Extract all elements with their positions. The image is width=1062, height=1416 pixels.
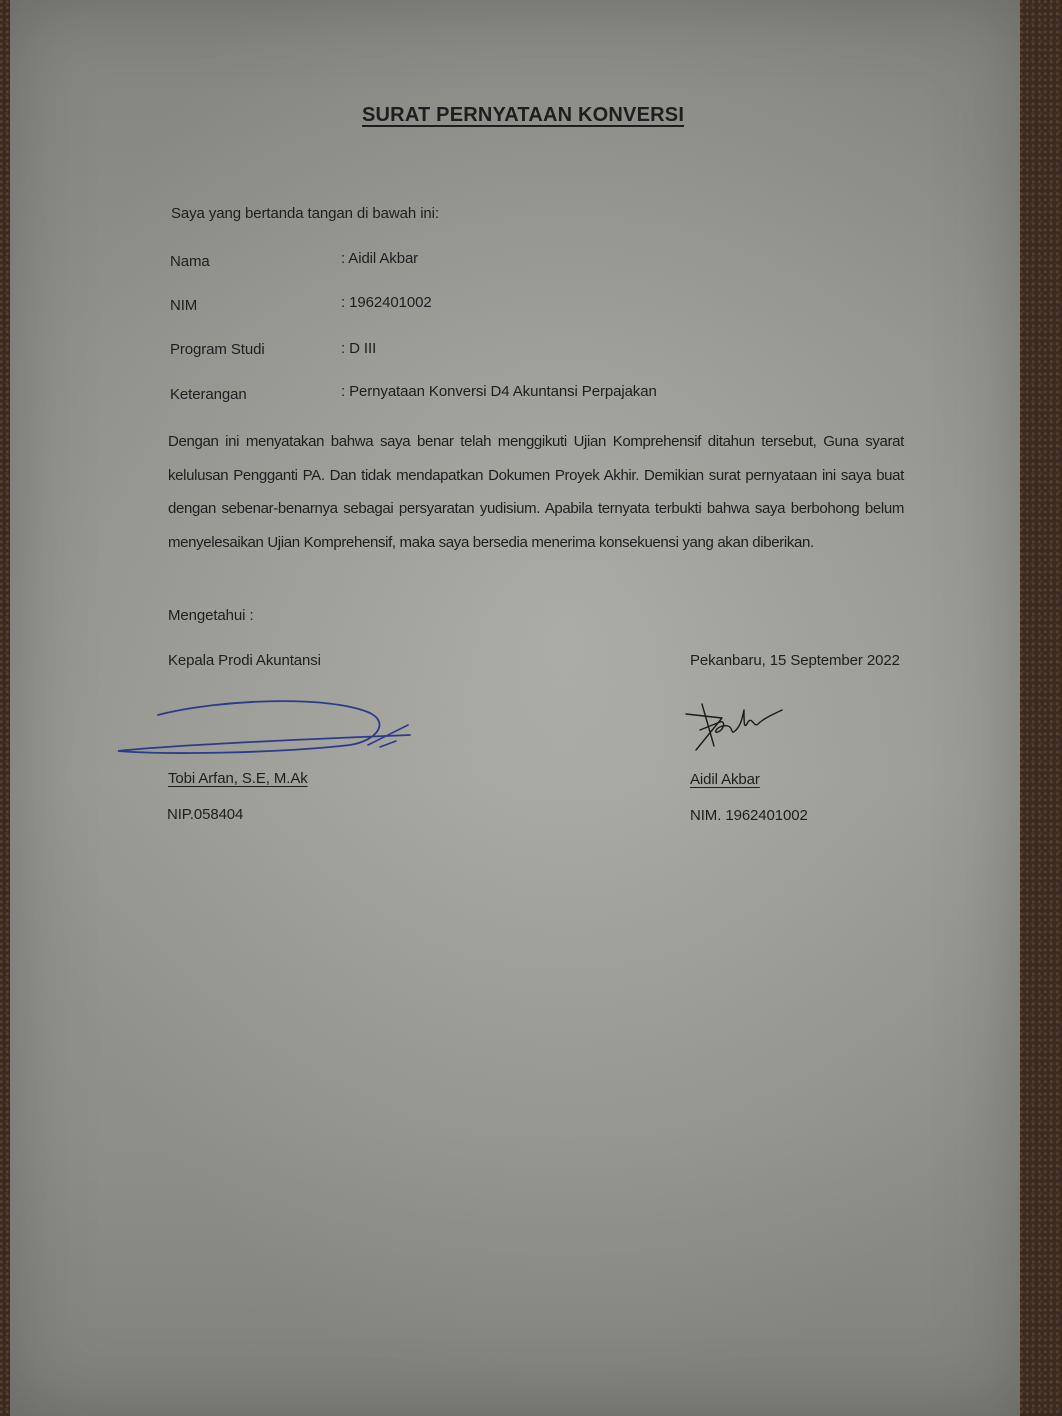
left-signatory-id: NIP.058404 <box>167 806 243 823</box>
right-signature-icon <box>684 700 804 752</box>
right-signatory-name: Aidil Akbar <box>690 771 760 788</box>
right-signatory-id: NIM. 1962401002 <box>690 807 808 824</box>
left-signatory-role: Kepala Prodi Akuntansi <box>168 652 321 669</box>
acknowledged-label: Mengetahui : <box>168 607 254 624</box>
place-date: Pekanbaru, 15 September 2022 <box>690 652 900 669</box>
intro-text: Saya yang bertanda tangan di bawah ini: <box>171 205 439 222</box>
field-label-program-studi: Program Studi <box>170 341 265 358</box>
field-label-nama: Nama <box>170 253 210 270</box>
document-title: SURAT PERNYATAAN KONVERSI <box>362 104 684 127</box>
statement-paragraph: Dengan ini menyatakan bahwa saya benar t… <box>168 425 904 559</box>
field-value-keterangan: : Pernyataan Konversi D4 Akuntansi Perpa… <box>341 383 657 400</box>
field-value-program-studi: : D III <box>341 340 376 357</box>
field-label-keterangan: Keterangan <box>170 386 247 403</box>
field-value-nim: : 1962401002 <box>341 294 432 311</box>
left-signature-icon <box>110 695 420 765</box>
field-value-nama: : Aidil Akbar <box>341 250 418 267</box>
field-label-nim: NIM <box>170 297 197 314</box>
left-signatory-name: Tobi Arfan, S.E, M.Ak <box>168 770 308 787</box>
